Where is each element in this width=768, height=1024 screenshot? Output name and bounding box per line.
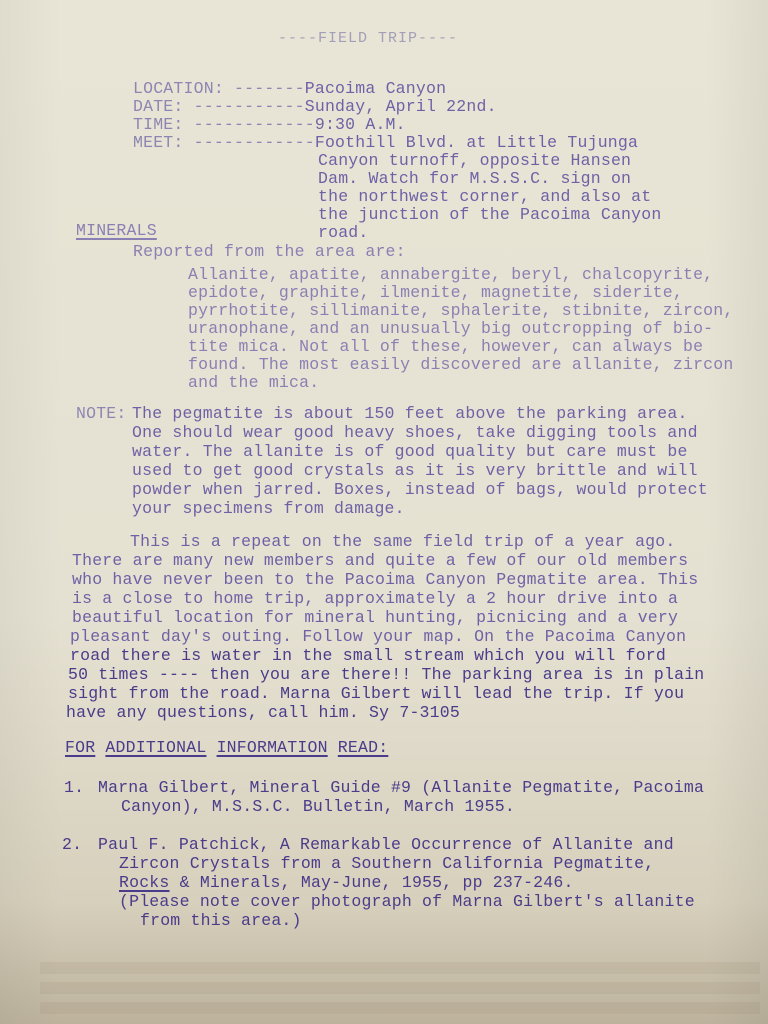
- meet-line: the northwest corner, and also at: [318, 188, 651, 206]
- reference-journal-line: Rocks & Minerals, May-June, 1955, pp 237…: [119, 874, 574, 892]
- meet-line: road.: [318, 224, 369, 242]
- note-line: water. The allanite is of good quality b…: [132, 443, 688, 461]
- reference-note-line: from this area.): [140, 912, 302, 930]
- show-through-text: [40, 1002, 760, 1014]
- description-line: is a close to home trip, approximately a…: [72, 590, 678, 608]
- minerals-line: and the mica.: [188, 374, 319, 392]
- detail-location: LOCATION: -------Pacoima Canyon: [133, 80, 446, 98]
- description-line: beautiful location for mineral hunting, …: [72, 609, 678, 627]
- note-line: powder when jarred. Boxes, instead of ba…: [132, 481, 708, 499]
- note-label: NOTE:: [76, 405, 127, 423]
- reference-number: 2.: [62, 836, 82, 854]
- document-title: ----FIELD TRIP----: [278, 30, 458, 47]
- detail-date: DATE: -----------Sunday, April 22nd.: [133, 98, 497, 116]
- minerals-intro: Reported from the area are:: [133, 243, 406, 261]
- description-line: road there is water in the small stream …: [70, 647, 666, 665]
- meet-line: Dam. Watch for M.S.S.C. sign on: [318, 170, 631, 188]
- reference-line: Canyon), M.S.S.C. Bulletin, March 1955.: [121, 798, 515, 816]
- minerals-heading: MINERALS: [76, 222, 157, 240]
- description-line: have any questions, call him. Sy 7-3105: [66, 704, 460, 722]
- minerals-line: uranophane, and an unusually big outcrop…: [188, 320, 713, 338]
- description-line: sight from the road. Marna Gilbert will …: [68, 685, 684, 703]
- description-line: There are many new members and quite a f…: [72, 552, 688, 570]
- minerals-line: found. The most easily discovered are al…: [188, 356, 734, 374]
- note-line: your specimens from damage.: [132, 500, 405, 518]
- description-line: who have never been to the Pacoima Canyo…: [72, 571, 698, 589]
- minerals-line: Allanite, apatite, annabergite, beryl, c…: [188, 266, 713, 284]
- description-line: pleasant day's outing. Follow your map. …: [70, 628, 686, 646]
- references-heading: FOR ADDITIONAL INFORMATION READ:: [65, 739, 388, 757]
- meet-line: Canyon turnoff, opposite Hansen: [318, 152, 631, 170]
- note-line: One should wear good heavy shoes, take d…: [132, 424, 698, 442]
- show-through-text: [40, 982, 760, 994]
- note-line: used to get good crystals as it is very …: [132, 462, 698, 480]
- note-line: The pegmatite is about 150 feet above th…: [132, 405, 688, 423]
- detail-meet: MEET: ------------Foothill Blvd. at Litt…: [133, 134, 638, 152]
- show-through-text: [40, 962, 760, 974]
- minerals-line: epidote, graphite, ilmenite, magnetite, …: [188, 284, 683, 302]
- reference-number: 1.: [64, 779, 84, 797]
- meet-line: the junction of the Pacoima Canyon: [318, 206, 661, 224]
- detail-time: TIME: ------------9:30 A.M.: [133, 116, 406, 134]
- minerals-line: pyrrhotite, sillimanite, sphalerite, sti…: [188, 302, 734, 320]
- reference-line: Marna Gilbert, Mineral Guide #9 (Allanit…: [98, 779, 704, 797]
- journal-title: Rocks: [119, 873, 170, 892]
- description-line: 50 times ---- then you are there!! The p…: [68, 666, 704, 684]
- reference-note-line: (Please note cover photograph of Marna G…: [119, 893, 695, 911]
- reference-line: Paul F. Patchick, A Remarkable Occurrenc…: [98, 836, 674, 854]
- minerals-line: tite mica. Not all of these, however, ca…: [188, 338, 703, 356]
- reference-line: Zircon Crystals from a Southern Californ…: [119, 855, 654, 873]
- description-line: This is a repeat on the same field trip …: [130, 533, 676, 551]
